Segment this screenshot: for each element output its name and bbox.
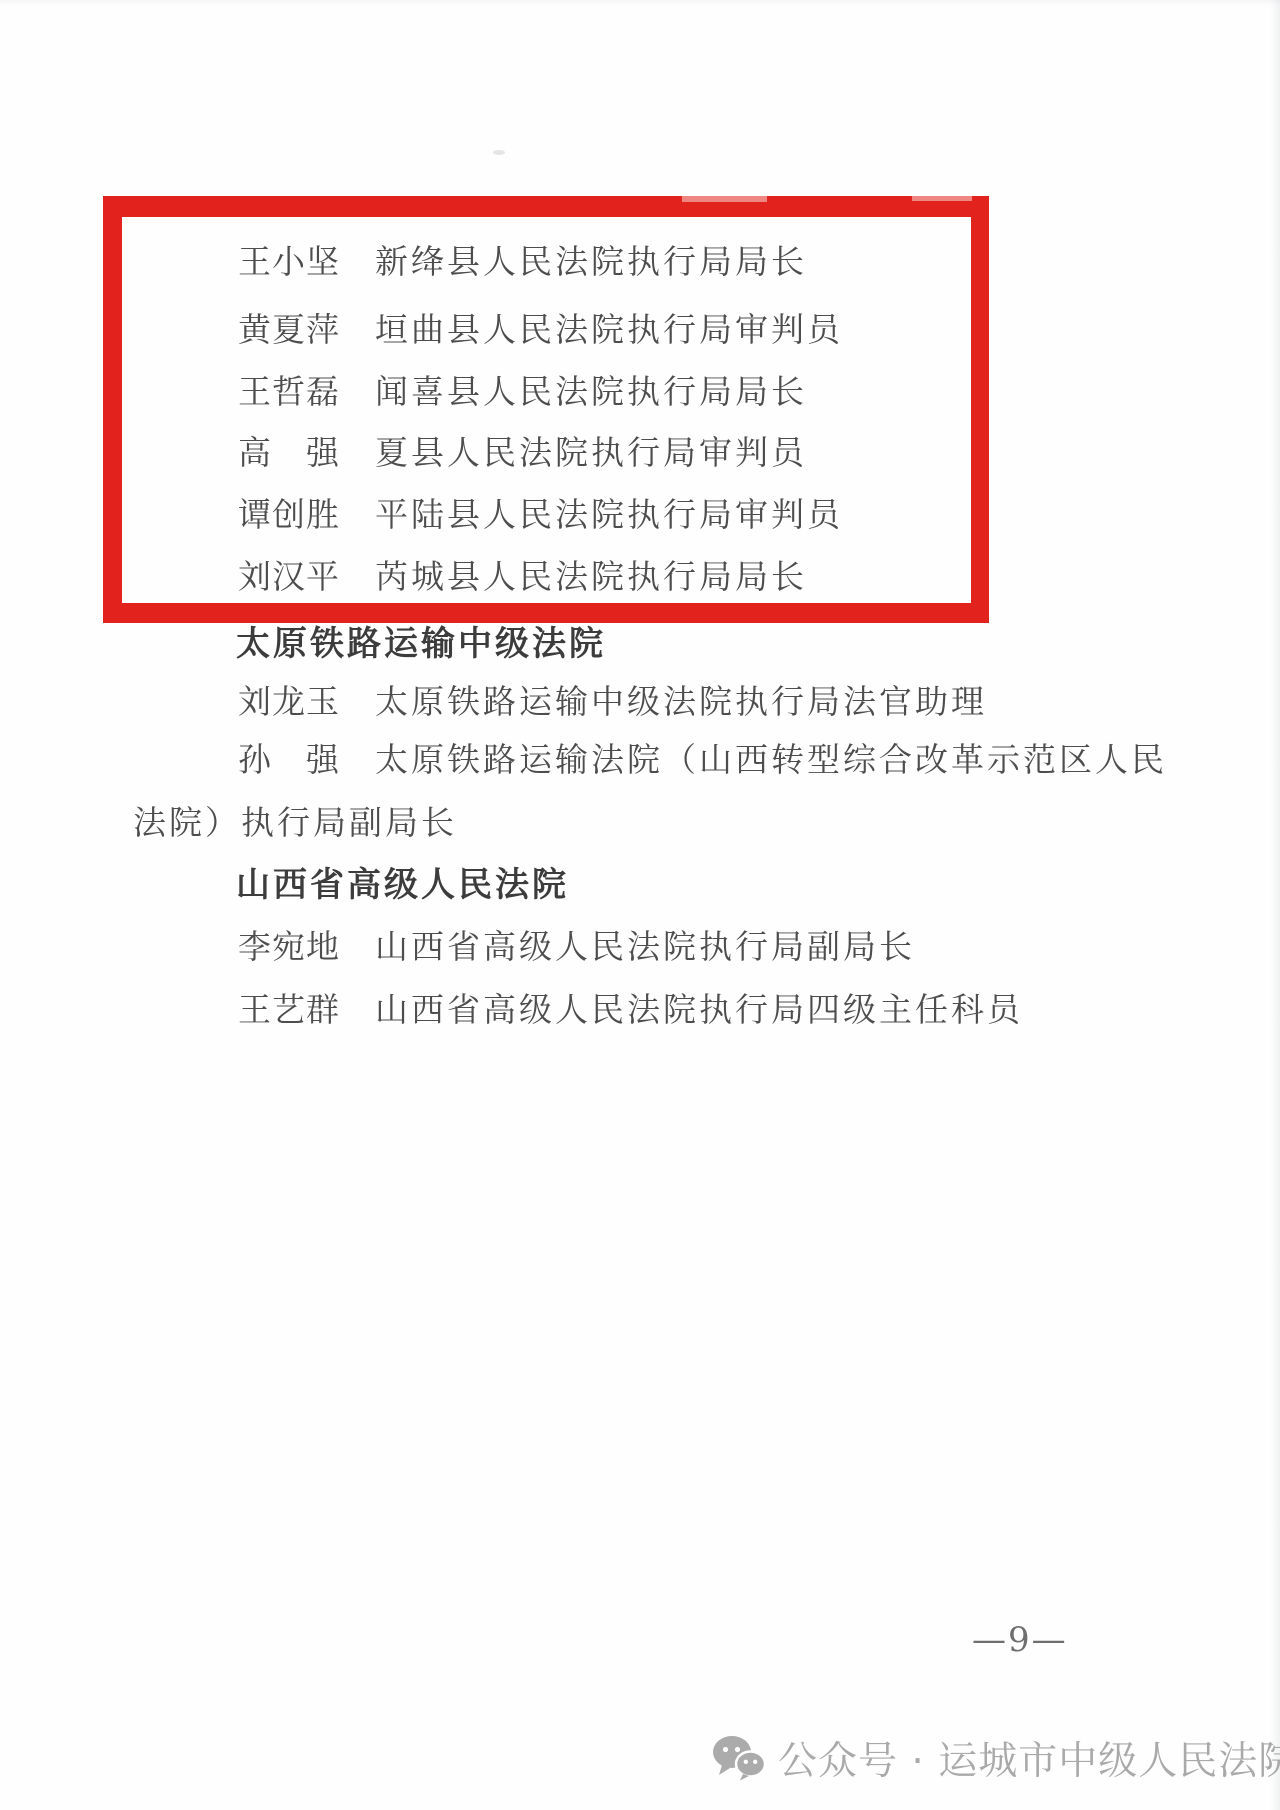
person-title: 垣曲县人民法院执行局审判员 (375, 310, 843, 349)
person-row: 王哲磊闻喜县人民法院执行局局长 (238, 374, 807, 410)
page-number: —9— (972, 1620, 1068, 1660)
person-row: 高 强夏县人民法院执行局审判员 (238, 435, 807, 471)
scan-artifact (493, 150, 505, 155)
person-name: 王小坚 (238, 244, 375, 280)
person-row: 李宛地山西省高级人民法院执行局副局长 (238, 929, 915, 965)
person-name: 孙 强 (238, 742, 375, 778)
person-row: 刘龙玉太原铁路运输中级法院执行局法官助理 (238, 684, 987, 720)
section-heading-shanxi-high-court: 山西省高级人民法院 (236, 866, 569, 904)
person-name: 刘龙玉 (238, 684, 375, 720)
person-title: 山西省高级人民法院执行局副局长 (375, 927, 915, 966)
document-page: 王小坚新绛县人民法院执行局局长 黄夏萍垣曲县人民法院执行局审判员 王哲磊闻喜县人… (0, 0, 1280, 1810)
watermark: 公众号 · 运城市中级人民法院 (712, 1730, 1280, 1786)
scan-notch (912, 196, 972, 201)
person-title: 平陆县人民法院执行局审判员 (375, 495, 843, 534)
person-title: 芮城县人民法院执行局局长 (375, 557, 807, 596)
person-row: 刘汉平芮城县人民法院执行局局长 (238, 559, 807, 595)
person-row: 谭创胜平陆县人民法院执行局审判员 (238, 497, 843, 533)
person-name: 王艺群 (238, 992, 375, 1028)
person-row: 王艺群山西省高级人民法院执行局四级主任科员 (238, 992, 1023, 1028)
person-title: 闻喜县人民法院执行局局长 (375, 372, 807, 411)
scan-notch (682, 196, 767, 202)
person-title-continued: 法院）执行局副局长 (133, 805, 457, 841)
person-name: 谭创胜 (238, 497, 375, 533)
person-name: 黄夏萍 (238, 312, 375, 348)
person-title: 山西省高级人民法院执行局四级主任科员 (375, 990, 1023, 1029)
section-heading-taiyuan-railway-court: 太原铁路运输中级法院 (236, 625, 606, 663)
person-name: 王哲磊 (238, 374, 375, 410)
wechat-icon (712, 1735, 766, 1781)
person-row: 王小坚新绛县人民法院执行局局长 (238, 244, 807, 280)
watermark-text: 公众号 · 运城市中级人民法院 (778, 1730, 1280, 1786)
person-title: 夏县人民法院执行局审判员 (375, 433, 807, 472)
person-name: 刘汉平 (238, 559, 375, 595)
person-title: 太原铁路运输法院（山西转型综合改革示范区人民 (375, 740, 1167, 779)
person-row: 黄夏萍垣曲县人民法院执行局审判员 (238, 312, 843, 348)
person-title: 太原铁路运输中级法院执行局法官助理 (375, 682, 987, 721)
person-name: 李宛地 (238, 929, 375, 965)
scan-edge-right (1270, 0, 1280, 1810)
person-title: 新绛县人民法院执行局局长 (375, 242, 807, 281)
person-row: 孙 强太原铁路运输法院（山西转型综合改革示范区人民 (238, 742, 1167, 778)
person-name: 高 强 (238, 435, 375, 471)
scan-edge-top (0, 0, 1280, 6)
